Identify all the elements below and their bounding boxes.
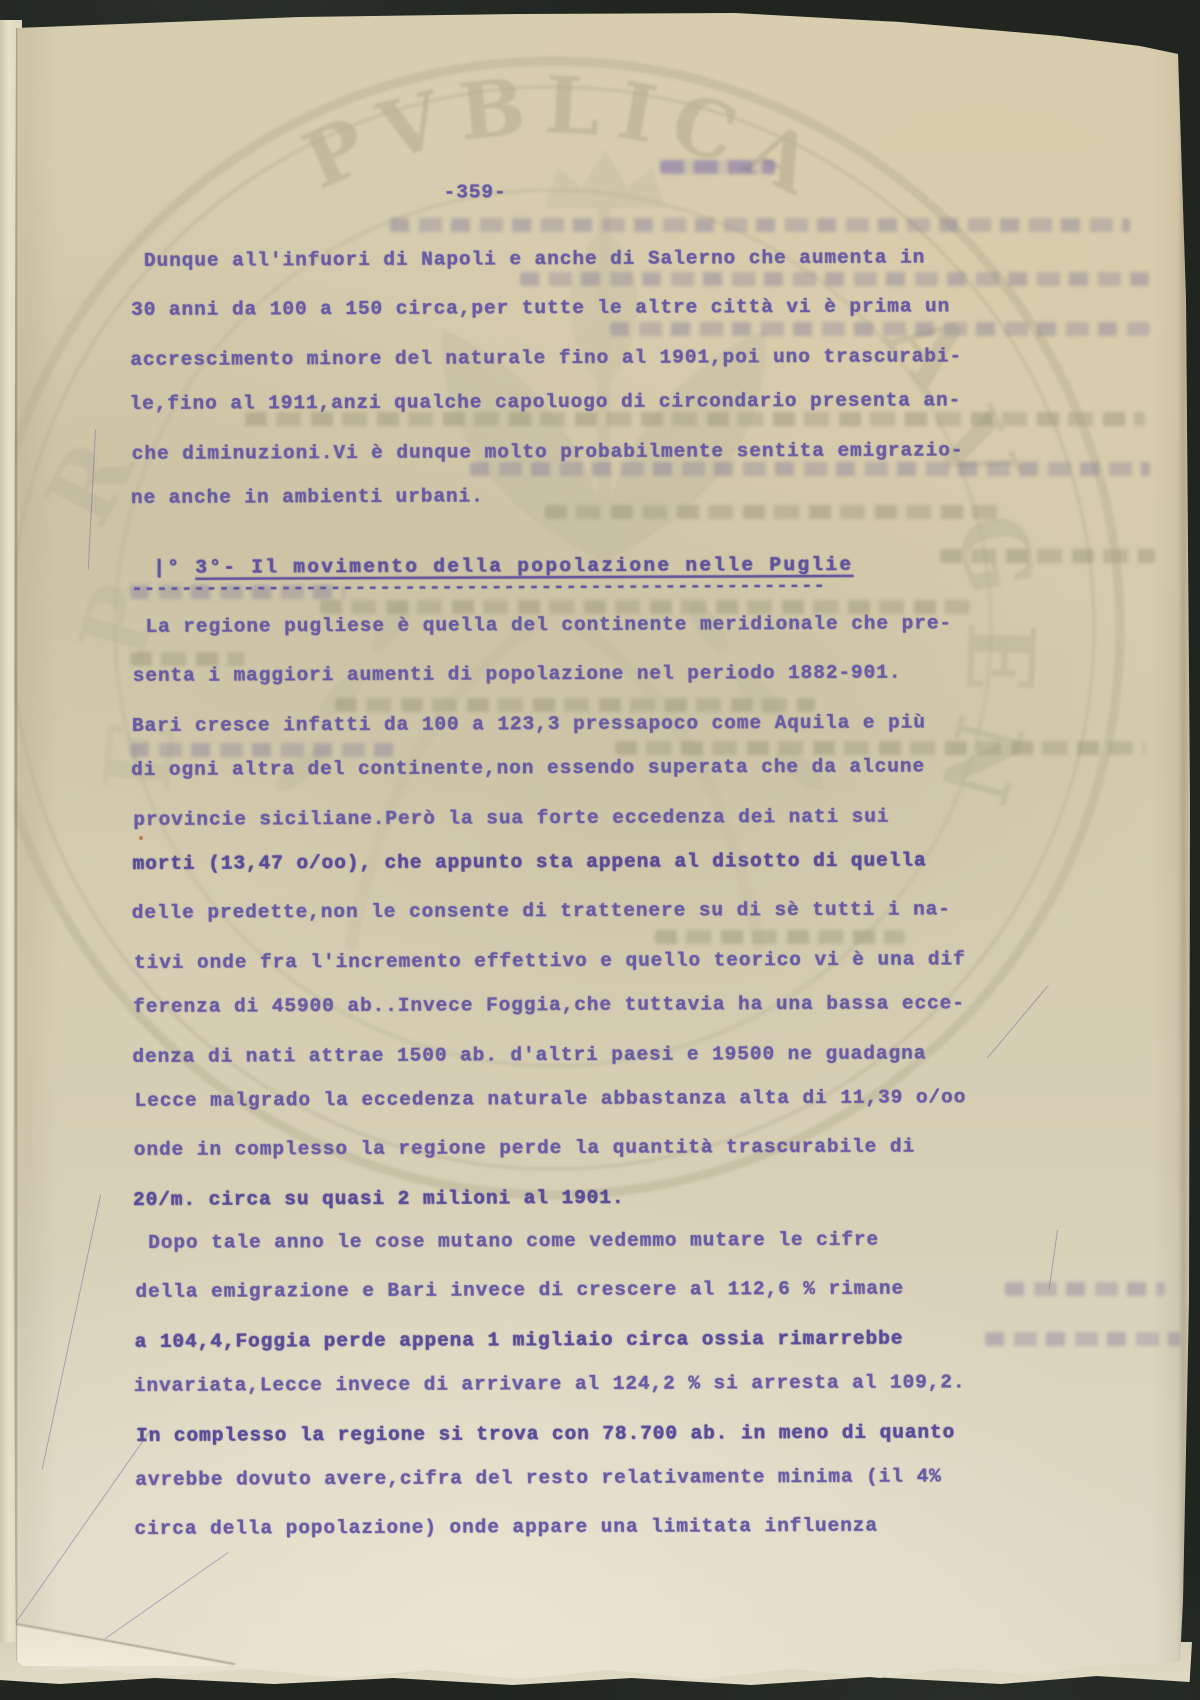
text-layer: -359- |° 3°- Il movimento della popolazi… xyxy=(0,0,1200,1700)
typescript-line: che diminuzioni.Vi è dunque molto probab… xyxy=(132,439,964,465)
typescript-line: 30 anni da 100 a 150 circa,per tutte le … xyxy=(131,296,950,322)
typescript-line: tivi onde fra l'incremento effettivo e q… xyxy=(134,948,966,974)
typescript-line: denza di nati attrae 1500 ab. d'altri pa… xyxy=(132,1042,926,1067)
ink-fleck xyxy=(139,836,143,840)
typescript-line: invariata,Lecce invece di arrivare al 12… xyxy=(134,1372,966,1398)
typescript-line: della emigrazione e Bari invece di cresc… xyxy=(135,1278,904,1303)
typescript-line: a 104,4,Foggia perde appena 1 migliaio c… xyxy=(135,1327,904,1352)
typescript-line: 20/m. circa su quasi 2 milioni al 1901. xyxy=(133,1186,625,1210)
typescript-line: Lecce malgrado la eccedenza naturale abb… xyxy=(134,1086,966,1112)
typescript-line: senta i maggiori aumenti di popolazione … xyxy=(133,662,902,687)
section-heading-prefix: |° xyxy=(153,557,195,579)
typescript-line: ferenza di 45900 ab..Invece Foggia,che t… xyxy=(133,993,965,1019)
typescript-line: morti (13,47 o/oo), che appunto sta appe… xyxy=(132,850,926,875)
typescript-line: accrescimento minore del naturale fino a… xyxy=(130,345,962,371)
typescript-page: PVBLICA A V G E N R P E xyxy=(0,0,1200,1700)
typescript-line: provincie siciliane.Però la sua forte ec… xyxy=(133,805,889,830)
page-number: -359- xyxy=(444,181,507,203)
typescript-line: avrebbe dovuto avere,cifra del resto rel… xyxy=(135,1466,942,1492)
page-left-edge-shadow xyxy=(15,26,17,1661)
typescript-line: Dunque all'infuori di Napoli e anche di … xyxy=(144,247,925,272)
typescript-line: ne anche in ambienti urbani. xyxy=(131,486,484,510)
typescript-line: In complesso la regione si trova con 78.… xyxy=(136,1421,955,1447)
typescript-line: Bari cresce infatti da 100 a 123,3 press… xyxy=(132,711,926,736)
typescript-line: delle predette,non le consente di tratte… xyxy=(132,899,951,925)
typescript-line: Dopo tale anno le cose mutano come vedem… xyxy=(148,1229,879,1254)
typescript-line: le,fino al 1911,anzi qualche capoluogo d… xyxy=(129,390,961,416)
heading-underline-dashes: ----------------------------------------… xyxy=(131,575,826,600)
page-right-edge-shadow xyxy=(1181,60,1186,1660)
typescript-line: di ogni altra del continente,non essendo… xyxy=(131,756,925,781)
typescript-line: circa della popolazione) onde appare una… xyxy=(134,1515,878,1540)
scanned-document-photo: PVBLICA A V G E N R P E xyxy=(0,0,1200,1700)
typescript-line: onde in complesso la regione perde la qu… xyxy=(134,1136,915,1161)
typescript-line: La regione pugliese è quella del contine… xyxy=(145,613,952,639)
